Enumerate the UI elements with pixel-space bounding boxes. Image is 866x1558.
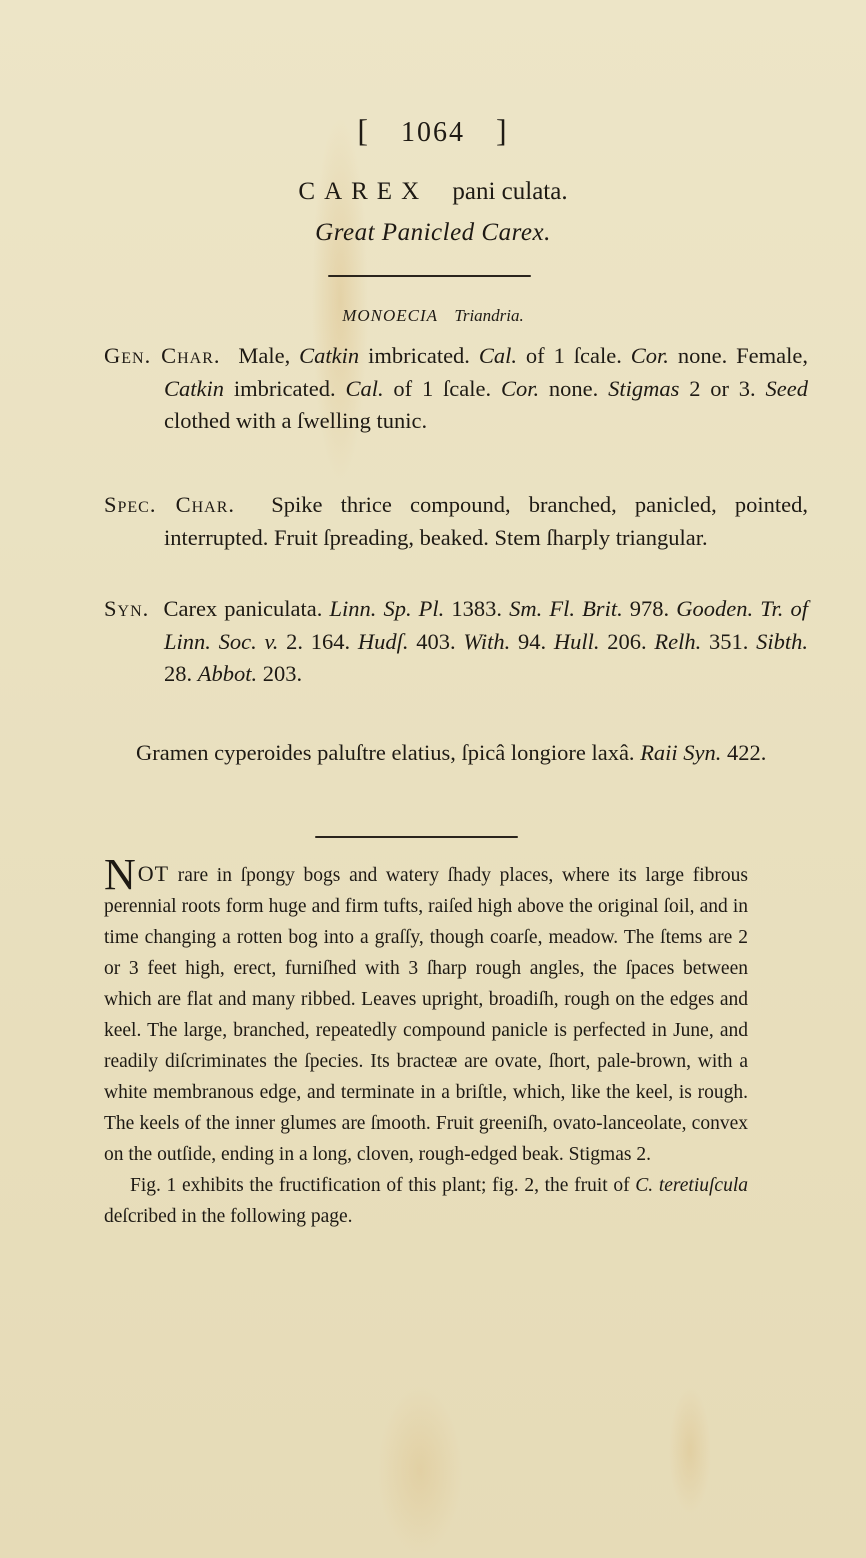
common-name: Great Panicled Carex. <box>0 219 866 247</box>
description: NOT rare in ſpongy bogs and watery ſhady… <box>104 858 748 1232</box>
synonyms-label: Syn. <box>104 596 149 621</box>
generic-character: Gen. Char. Male, Catkin imbricated. Cal.… <box>104 340 808 438</box>
species-epithet: pani culata. <box>452 178 567 205</box>
genus-name: CAREX <box>298 178 428 205</box>
drop-cap: N <box>104 860 136 890</box>
specific-character-label: Spec. Char. <box>104 492 235 517</box>
page-number-value: 1064 <box>401 117 465 148</box>
species-title: CAREX pani culata. <box>0 178 866 206</box>
divider-rule <box>328 275 531 277</box>
divider-rule <box>315 836 518 838</box>
order-name: Triandria. <box>454 306 523 325</box>
generic-character-text: Male, Catkin imbricated. Cal. of 1 ſcale… <box>164 343 808 433</box>
bracket-close: ] <box>496 112 509 149</box>
description-text: rare in ſpongy bogs and watery ſhady pla… <box>104 865 748 1165</box>
specific-character: Spec. Char. Spike thrice compound, branc… <box>104 489 808 554</box>
specific-character-text: Spike thrice compound, branched, panicle… <box>164 492 808 550</box>
synonyms: Syn. Carex paniculata. Linn. Sp. Pl. 138… <box>104 593 808 691</box>
class-name: MONOECIA <box>342 306 438 325</box>
gramen-synonym: Gramen cyperoides paluſtre elatius, ſpic… <box>136 737 776 770</box>
generic-character-label: Gen. Char. <box>104 343 221 368</box>
small-caps-lead: OT <box>138 861 169 886</box>
linnaean-classification: MONOECIA Triandria. <box>0 306 866 326</box>
bracket-open: [ <box>357 112 370 149</box>
figure-note: Fig. 1 exhibits the fructification of th… <box>104 1170 748 1232</box>
page-number: [ 1064 ] <box>0 112 866 149</box>
synonyms-text: Carex paniculata. Linn. Sp. Pl. 1383. Sm… <box>163 596 808 686</box>
book-page: [ 1064 ] CAREX pani culata. Great Panicl… <box>0 0 866 1558</box>
